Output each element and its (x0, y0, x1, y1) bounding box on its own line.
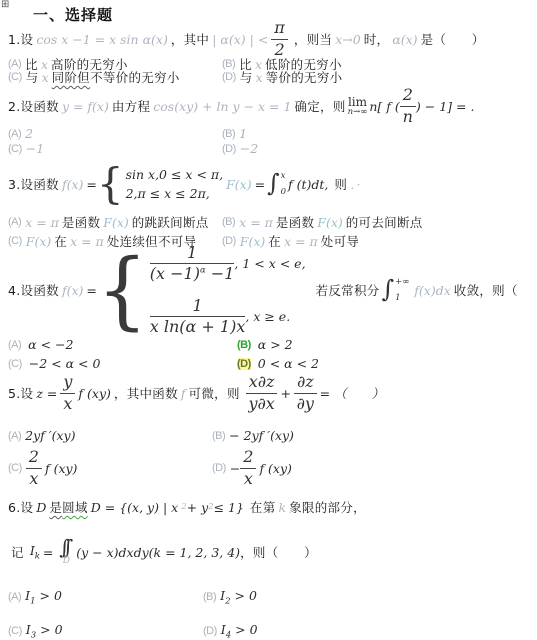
fraction-denominator: x ln(α + 1)x (150, 317, 246, 336)
integral-glyph: ∫ (267, 174, 280, 193)
q5-f: f (181, 386, 186, 401)
section-title: 一、选择题 (33, 4, 113, 25)
option-F-x: F(x) (26, 234, 51, 249)
option-value: 0 < α < 2 (258, 356, 319, 371)
q2-expression-right: ) − 1] = . (416, 99, 475, 114)
option-letter: (A) (8, 339, 21, 351)
question-6-stem-line-1: 6.设 D 是 圆域 D = {(x, y) | x2 + y2 ≤ 1} 在第… (8, 498, 366, 516)
q2-number: 2.设函数 (8, 97, 59, 115)
inequality: > 0 (231, 588, 257, 603)
inequality: > 0 (36, 588, 62, 603)
q6-D: D (36, 500, 46, 515)
domain-D-subscript: D (63, 556, 70, 566)
dz-over-dy-fraction: ∂z ∂y (294, 373, 317, 413)
option-text: 是函数 (276, 213, 314, 231)
q1-text-4: 是（ ） (421, 30, 485, 48)
lower-limit: 0 (281, 187, 286, 197)
option-letter-highlighted-yellow: (D) (237, 358, 251, 370)
option-value: f (xy) (259, 461, 291, 476)
option-q2-a: (A) 2 (8, 126, 33, 141)
q1-equation: cos x −1 = x sin α(x) (36, 32, 168, 47)
option-value: 2 (25, 126, 33, 141)
piecewise-cases: 1 (x −1)α −1 , 1 < x < e, 1 x ln(α + 1)x… (150, 244, 306, 337)
q2-equation: cos(xy) + ln y − x = 1 (153, 99, 291, 114)
option-value: α > 2 (258, 337, 293, 352)
fraction-denominator: x (26, 469, 42, 488)
q6-set-left: D = {(x, y) | x (91, 500, 178, 515)
option-F-x: F(x) (317, 215, 342, 230)
q5-z-equals: z = (36, 386, 57, 401)
q5-text-2: 可微，则 (189, 384, 240, 402)
fraction-numerator: y (60, 373, 75, 393)
option-q4-b: (B) α > 2 (237, 337, 296, 352)
integral-glyph: ∫ (382, 280, 395, 299)
left-brace: { (97, 252, 148, 328)
den-tail: −1 (206, 264, 235, 283)
option-letter: (B) (203, 591, 216, 603)
piecewise-function: { sin x,0 ≤ x < π, 2,π ≤ x ≤ 2π, (97, 165, 223, 203)
option-letter: (C) (8, 235, 22, 247)
lim-subscript: n→∞ (348, 108, 368, 117)
option-letter: (B) (222, 216, 235, 228)
option-text-wavy-underline: 同阶但 (52, 68, 90, 86)
q6-number: 6.设 (8, 498, 33, 516)
option-letter: (B) (222, 128, 235, 140)
double-integral-glyph: ∫∫ (59, 538, 73, 556)
option-q2-d: (D) −2 (222, 141, 258, 156)
option-letter: (A) (8, 430, 21, 442)
inequality: > 0 (231, 622, 257, 637)
q2-text-1: 由方程 (112, 97, 150, 115)
q6-text-wavy: 是 (49, 498, 62, 516)
xdz-over-ydx-fraction: x∂z y∂x (246, 373, 278, 413)
option-q5-c: (C) 2 x f (xy) (8, 452, 80, 484)
section-heading: 一、选择题 (33, 4, 113, 25)
q1-text-1: ，其中 (171, 30, 209, 48)
option-letter: (D) (222, 71, 236, 83)
q6-integrand: (y − x)dxdy(k = 1, 2, 3, 4) (76, 545, 240, 560)
integral-sign: ∫ +∞ 1 (382, 277, 410, 303)
option-text: 是函数 (62, 213, 100, 231)
upper-limit: +∞ (395, 277, 409, 287)
option-value: f (xy) (45, 461, 77, 476)
equals-sign: = (255, 177, 265, 192)
option-variable: x (256, 70, 263, 85)
option-q3-a: (A) x = π 是函数 F(x) 的跳跃间断点 (8, 213, 212, 231)
q4-text-1: 若反常积分 (316, 281, 380, 299)
option-text: 处可导 (321, 232, 359, 250)
lim-word: lim (348, 96, 367, 108)
q3-number: 3.设函数 (8, 175, 59, 193)
q1-limit-condition: x→0 (335, 32, 360, 47)
question-6-stem-line-2: 记 Ik = ∫∫ D (y − x)dxdy(k = 1, 2, 3, 4) … (11, 533, 317, 571)
table-handle-icon[interactable]: ⊞ (1, 0, 9, 10)
q2-function: y = f(x) (62, 99, 109, 114)
two-over-x-fraction: 2 x (26, 448, 42, 488)
q2-text-2: 确定，则 (294, 97, 345, 115)
question-5-stem: 5.设 z = y x f (xy) ，其中函数 f 可微，则 x∂z y∂x … (8, 379, 387, 407)
case-1: 1 (x −1)α −1 , 1 < x < e, (150, 244, 306, 284)
upper-limit: x (281, 171, 286, 181)
case-1-fraction: 1 (x −1)α −1 (150, 244, 235, 284)
fraction-numerator: x∂z (246, 373, 278, 393)
two-over-x-fraction: 2 x (240, 448, 256, 488)
question-4-stem: 4.设函数 f(x) = { 1 (x −1)α −1 , 1 < x < e,… (8, 251, 537, 329)
equals-sign: = (43, 545, 53, 560)
lower-limit: 1 (395, 293, 409, 303)
option-value: −2 (240, 141, 258, 156)
left-brace: { (97, 165, 124, 203)
integral-sign: ∫ x 0 (267, 171, 286, 197)
fraction-numerator: 1 (150, 244, 235, 264)
option-letter: (D) (222, 143, 236, 155)
option-q4-d: (D) 0 < α < 2 (237, 356, 322, 371)
two-over-n-fraction: 2 n (400, 86, 416, 126)
option-value: 2yf ′(xy) (25, 428, 75, 443)
q1-abs-condition: | α(x) | < (212, 32, 268, 47)
equals-sign: = (86, 177, 96, 192)
option-letter: (D) (212, 462, 226, 474)
q3-F-of-x: F(x) (226, 177, 251, 192)
fraction-denominator: n (400, 107, 416, 126)
exam-document-page: ⊞ 一、选择题 1.设 cos x −1 = x sin α(x) ，其中 | … (0, 0, 537, 640)
q6-text-2: 在第 (250, 498, 276, 516)
q2-expression-left: n[ f ( (369, 99, 399, 114)
integral-limits: x 0 (281, 171, 286, 197)
option-q4-a: (A) α < −2 (8, 337, 76, 352)
option-value: 1 (239, 126, 247, 141)
option-q1-c: (C) 与 x 同阶但 不等价的无穷小 (8, 68, 180, 86)
option-math: x = π (239, 215, 273, 230)
question-2-stem: 2.设函数 y = f(x) 由方程 cos(xy) + ln y − x = … (8, 90, 474, 122)
q5-number: 5.设 (8, 384, 33, 402)
q1-alpha-x: α(x) (392, 32, 417, 47)
q5-f-xy: f (xy) (78, 386, 110, 401)
option-text: 等价的无穷小 (266, 68, 343, 86)
fraction-numerator: 1 (150, 297, 246, 317)
fraction-denominator: y∂x (246, 394, 278, 413)
option-value: − 2yf ′(xy) (229, 428, 294, 443)
option-text: 在 (54, 232, 67, 250)
equals-sign: = (86, 283, 96, 298)
piecewise-cases: sin x,0 ≤ x < π, 2,π ≤ x ≤ 2π, (126, 165, 224, 203)
I-subscript: k (35, 551, 40, 561)
double-integral-sign: ∫∫ D (59, 538, 73, 566)
y-over-x-fraction: y x (60, 373, 75, 413)
limit-operator: lim n→∞ (348, 96, 368, 117)
fraction-numerator: 2 (400, 86, 416, 106)
option-text: 不等价的无穷小 (90, 68, 180, 86)
q6-set-mid: + y (187, 500, 209, 515)
q1-text-2: ，则当 (294, 30, 332, 48)
fraction-denominator: x (240, 469, 256, 488)
option-text: 的跳跃间断点 (132, 213, 209, 231)
q6-set-right: ≤ 1} (214, 500, 244, 515)
q6-text-3: 象限的部分， (289, 498, 366, 516)
option-math: x = π (25, 215, 59, 230)
option-q6-d: (D) I4 > 0 (203, 622, 258, 640)
fraction-denominator: (x −1)α −1 (150, 264, 235, 283)
fraction-denominator: ∂y (294, 394, 317, 413)
q6-text-ji: 记 (11, 543, 24, 561)
option-variable: x (42, 70, 49, 85)
q6-text-wavy-green: 圆域 (62, 498, 88, 516)
option-text: 的可去间断点 (346, 213, 423, 231)
option-F-x: F(x) (103, 215, 128, 230)
q4-integrand: f(x)dx (414, 283, 450, 298)
option-value: −2 < α < 0 (29, 356, 101, 371)
option-letter: (C) (8, 462, 22, 474)
option-letter: (C) (8, 625, 22, 637)
option-letter: (B) (212, 430, 225, 442)
integral-limits: +∞ 1 (395, 277, 409, 303)
option-q5-b: (B) − 2yf ′(xy) (212, 428, 294, 443)
q6-k: k (279, 500, 287, 515)
option-letter: (A) (8, 591, 21, 603)
fraction-numerator: 2 (240, 448, 256, 468)
option-value: I1 > 0 (25, 588, 62, 607)
option-q2-b: (B) 1 (222, 126, 247, 141)
option-q6-c: (C) I3 > 0 (8, 622, 63, 640)
den-base: (x −1) (150, 264, 200, 283)
option-q5-a: (A) 2yf ′(xy) (8, 428, 76, 443)
option-text: 与 (26, 68, 39, 86)
option-value: −1 (26, 141, 44, 156)
option-letter: (C) (8, 143, 22, 155)
q4-text-2: 收敛，则（ ） (454, 281, 537, 299)
option-value: α < −2 (28, 337, 73, 352)
case-2: 2,π ≤ x ≤ 2π, (126, 184, 210, 203)
option-letter-highlighted-green: (B) (237, 339, 251, 351)
case-2: 1 x ln(α + 1)x , x ≥ e. (150, 297, 290, 337)
option-letter: (C) (8, 358, 22, 370)
piecewise-function: { 1 (x −1)α −1 , 1 < x < e, 1 x ln(α + 1… (97, 244, 306, 337)
inequality: > 0 (36, 622, 62, 637)
q3-text-tail: 则 (334, 175, 347, 193)
option-letter: (A) (8, 216, 21, 228)
option-q6-a: (A) I1 > 0 (8, 588, 62, 607)
fraction-denominator: x (60, 394, 75, 413)
q3-f-of-x: f(x) (62, 177, 83, 192)
option-q6-b: (B) I2 > 0 (203, 588, 257, 607)
case-1-condition: , 1 < x < e, (234, 256, 305, 271)
q4-number: 4.设函数 (8, 281, 59, 299)
option-letter: (C) (8, 71, 22, 83)
option-q4-c: (C) −2 < α < 0 (8, 356, 103, 371)
option-letter: (D) (203, 625, 217, 637)
case-1: sin x,0 ≤ x < π, (126, 165, 224, 184)
option-q5-d: (D) − 2 x f (xy) (212, 452, 295, 484)
fraction-numerator: π (271, 19, 288, 39)
option-text: 与 (240, 68, 253, 86)
option-q2-c: (C) −1 (8, 141, 44, 156)
case-2-condition: , x ≥ e. (245, 309, 290, 324)
q1-number: 1.设 (8, 30, 33, 48)
plus-sign: + (280, 386, 290, 401)
q3-integrand: f (t)dt, (288, 177, 328, 192)
question-3-stem: 3.设函数 f(x) = { sin x,0 ≤ x < π, 2,π ≤ x … (8, 163, 363, 205)
option-value: I4 > 0 (221, 622, 258, 640)
option-value: I2 > 0 (220, 588, 257, 607)
option-q3-b: (B) x = π 是函数 F(x) 的可去间断点 (222, 213, 426, 231)
fraction-numerator: ∂z (294, 373, 317, 393)
q3-tail-marks: ．· (350, 175, 360, 193)
pi-over-2-fraction: π 2 (271, 19, 288, 59)
question-1-stem: 1.设 cos x −1 = x sin α(x) ，其中 | α(x) | <… (8, 24, 485, 54)
option-value: I3 > 0 (26, 622, 63, 640)
option-letter: (A) (8, 128, 21, 140)
q5-tail: = （ ） (320, 384, 384, 402)
q4-f-of-x: f(x) (62, 283, 83, 298)
minus-sign: − (230, 461, 240, 476)
q1-text-3: 时， (364, 30, 390, 48)
q6-I-k: Ik (30, 543, 40, 562)
case-2-fraction: 1 x ln(α + 1)x (150, 297, 246, 337)
q5-text-1: ，其中函数 (114, 384, 178, 402)
q6-tail: ，则（ ） (240, 543, 317, 561)
option-q1-d: (D) 与 x 等价的无穷小 (222, 68, 342, 86)
fraction-numerator: 2 (26, 448, 42, 468)
